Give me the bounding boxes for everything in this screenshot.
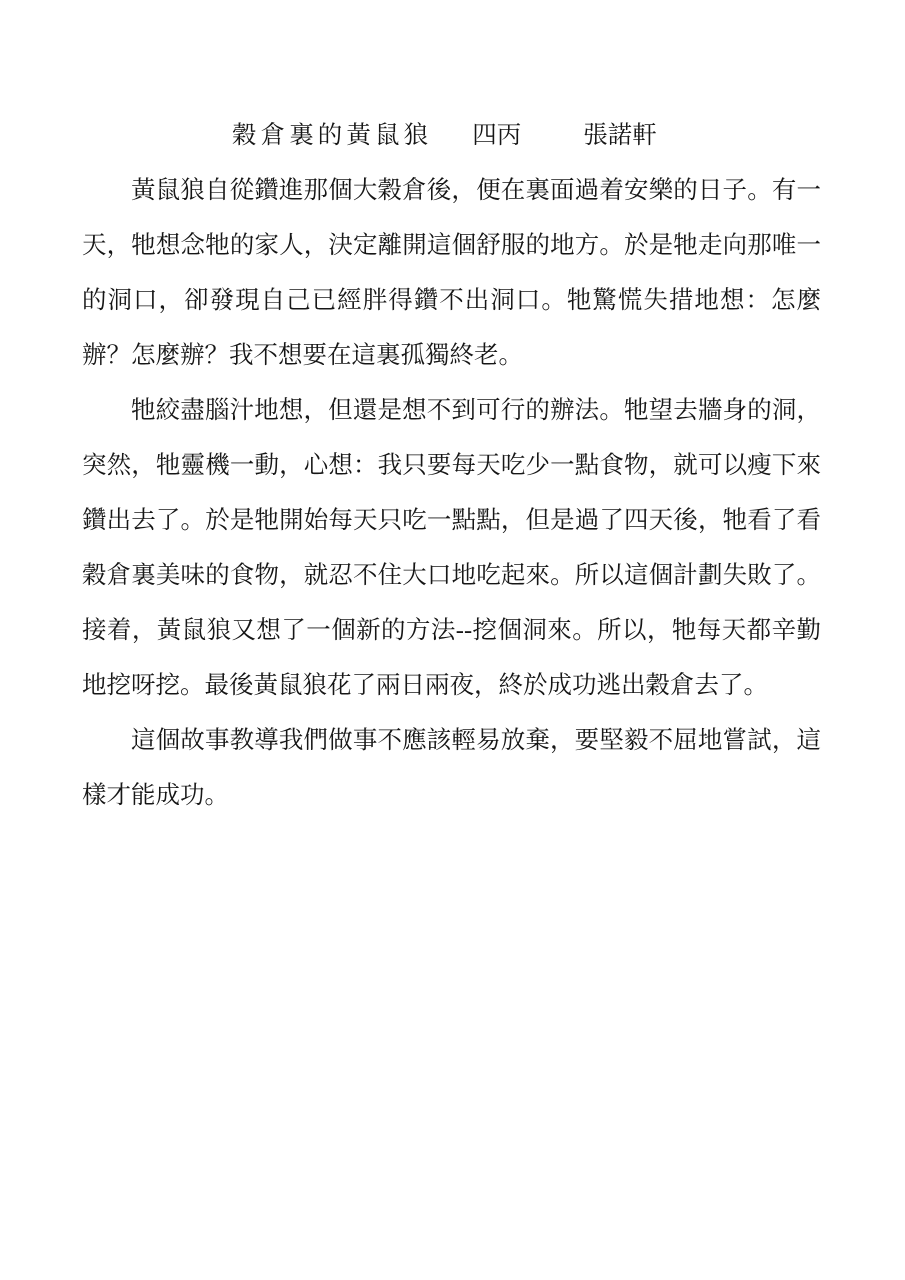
author-name: 張諾軒	[583, 122, 657, 149]
essay-paragraph-3: 這個故事教導我們做事不應該輕易放棄，要堅毅不屈地嘗試，這樣才能成功。	[82, 713, 821, 823]
title-line: 穀倉裏的黃鼠狼四丙張諾軒	[82, 108, 821, 163]
essay-paragraph-2: 牠絞盡腦汁地想，但還是想不到可行的辦法。牠望去牆身的洞，突然，牠靈機一動，心想：…	[82, 383, 821, 713]
document-page: 穀倉裏的黃鼠狼四丙張諾軒 黃鼠狼自從鑽進那個大穀倉後，便在裏面過着安樂的日子。有…	[0, 0, 905, 1280]
essay-title: 穀倉裏的黃鼠狼	[232, 122, 432, 149]
essay-content: 穀倉裏的黃鼠狼四丙張諾軒 黃鼠狼自從鑽進那個大穀倉後，便在裏面過着安樂的日子。有…	[82, 108, 821, 823]
class-name: 四丙	[472, 122, 521, 149]
essay-paragraph-1: 黃鼠狼自從鑽進那個大穀倉後，便在裏面過着安樂的日子。有一天，牠想念牠的家人，決定…	[82, 163, 821, 383]
